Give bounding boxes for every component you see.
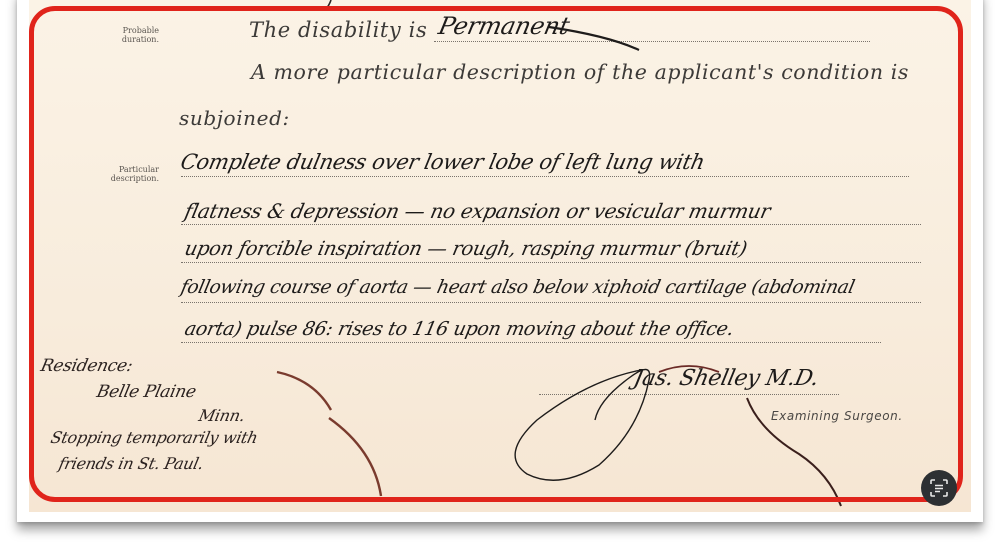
lens-scan-icon (929, 478, 949, 498)
ink-flourishes (29, 0, 971, 512)
lens-scan-button[interactable] (921, 470, 957, 506)
document-scan: Probable duration. The disability is Per… (29, 0, 971, 512)
